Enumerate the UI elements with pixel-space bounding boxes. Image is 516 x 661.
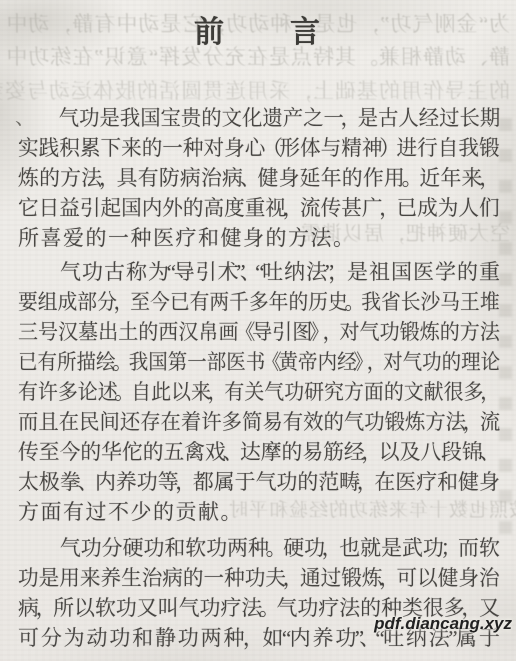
text-line: 炼的方法，具有防病治病、健身延年的作用。近年来，: [18, 163, 497, 193]
text-line: 所喜爱的一种医疗和健身的方法。: [18, 223, 500, 253]
text-line: 要组成部分，至今已有两千多年的历史。我省长沙马王堆: [18, 287, 472, 317]
text-line: 功是用来养生治病的一种功夫，通过锻炼，可以健身治: [18, 563, 491, 593]
text-line: 实践积累下来的一种对身心（形体与精神）进行自我锻: [18, 133, 491, 163]
text-line: 三号汉墓出土的西汉帛画《导引图》，对气功锻炼的方法: [18, 317, 478, 347]
body-text: 气功是我国宝贵的文化遗产之一，是古人经过长期 实践积累下来的一种对身心（形体与精…: [18, 103, 500, 653]
paragraph-1: 气功是我国宝贵的文化遗产之一，是古人经过长期 实践积累下来的一种对身心（形体与精…: [18, 103, 500, 253]
text-line: 传至今的华佗的五禽戏、达摩的易筋经，以及八段锦、: [18, 437, 495, 467]
text-line: 而且在民间还存在着许多简易有效的气功锻炼方法，流: [18, 407, 485, 437]
right-edge-bleed-smudges: [499, 118, 512, 548]
text-line: 太极拳、内养功等，都属于气功的范畴，在医疗和健身: [18, 467, 498, 497]
scanned-book-page: 为“金刚气功”，也是一种动功，它是动中有静，动中 静、动静相兼。其特点是在充分发…: [0, 0, 516, 661]
text-line: 气功古称为“导引术”、“吐纳法”，是祖国医学的重: [18, 257, 500, 287]
bleed-through-line: 的主导作用的基础上，采用连贯圆活的肢体运动与姿势: [8, 78, 510, 105]
text-line: 气功分硬功和软功两种。硬功，也就是武功；而软: [18, 533, 498, 563]
text-line: 有许多论述。自此以来，有关气功研究方面的文献很多，: [18, 377, 475, 407]
paragraph-3: 气功分硬功和软功两种。硬功，也就是武功；而软 功是用来养生治病的一种功夫，通过锻…: [18, 533, 500, 653]
text-line: 它日益引起国内外的高度重视，流传甚广，已成为人们: [18, 193, 491, 223]
text-line: 方面有过不少的贡献。: [18, 497, 500, 527]
page-title: 前 言: [0, 14, 516, 52]
text-line: 已有所描绘。我国第一部医书《黄帝内经》，对气功的理论: [18, 347, 466, 377]
pdf-site-watermark: pdf.diancang.xyz: [374, 614, 512, 634]
paragraph-2: 气功古称为“导引术”、“吐纳法”，是祖国医学的重 要组成部分，至今已有两千多年的…: [18, 257, 500, 527]
text-line: 气功是我国宝贵的文化遗产之一，是古人经过长期: [18, 103, 485, 133]
